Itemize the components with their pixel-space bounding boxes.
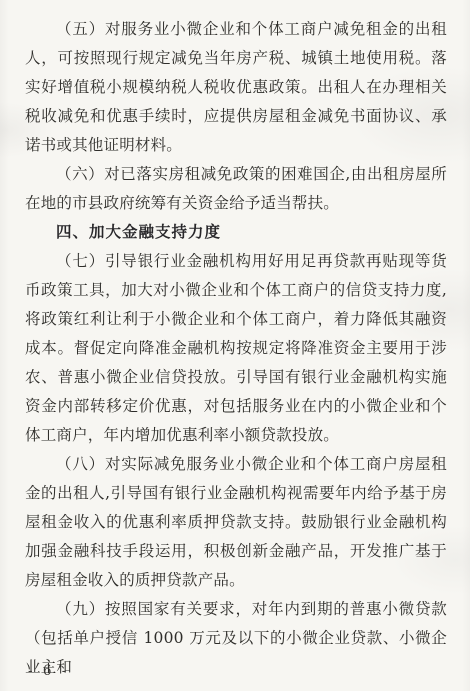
paragraph-item-9: （九）按照国家有关要求，对年内到期的普惠小微贷款（包括单户授信 1000 万元及… (25, 595, 447, 682)
page-number: - 6 - (28, 663, 69, 679)
section-heading-4: 四、加大金融支持力度 (25, 218, 447, 247)
document-body: （五）对服务业小微企业和个体工商户减免租金的出租人，可按照现行规定减免当年房产税… (25, 15, 447, 682)
paragraph-item-8: （八）对实际减免服务业小微企业和个体工商户房屋租金的出租人,引导国有银行业金融机… (25, 450, 447, 595)
paragraph-item-6: （六）对已落实房租减免政策的困难国企,由出租房屋所在地的市县政府统筹有关资金给予… (25, 160, 447, 218)
paragraph-item-5: （五）对服务业小微企业和个体工商户减免租金的出租人，可按照现行规定减免当年房产税… (25, 15, 447, 160)
document-page: （五）对服务业小微企业和个体工商户减免租金的出租人，可按照现行规定减免当年房产税… (0, 0, 470, 691)
paragraph-item-7: （七）引导银行业金融机构用好用足再贷款再贴现等货币政策工具，加大对小微企业和个体… (25, 247, 447, 450)
